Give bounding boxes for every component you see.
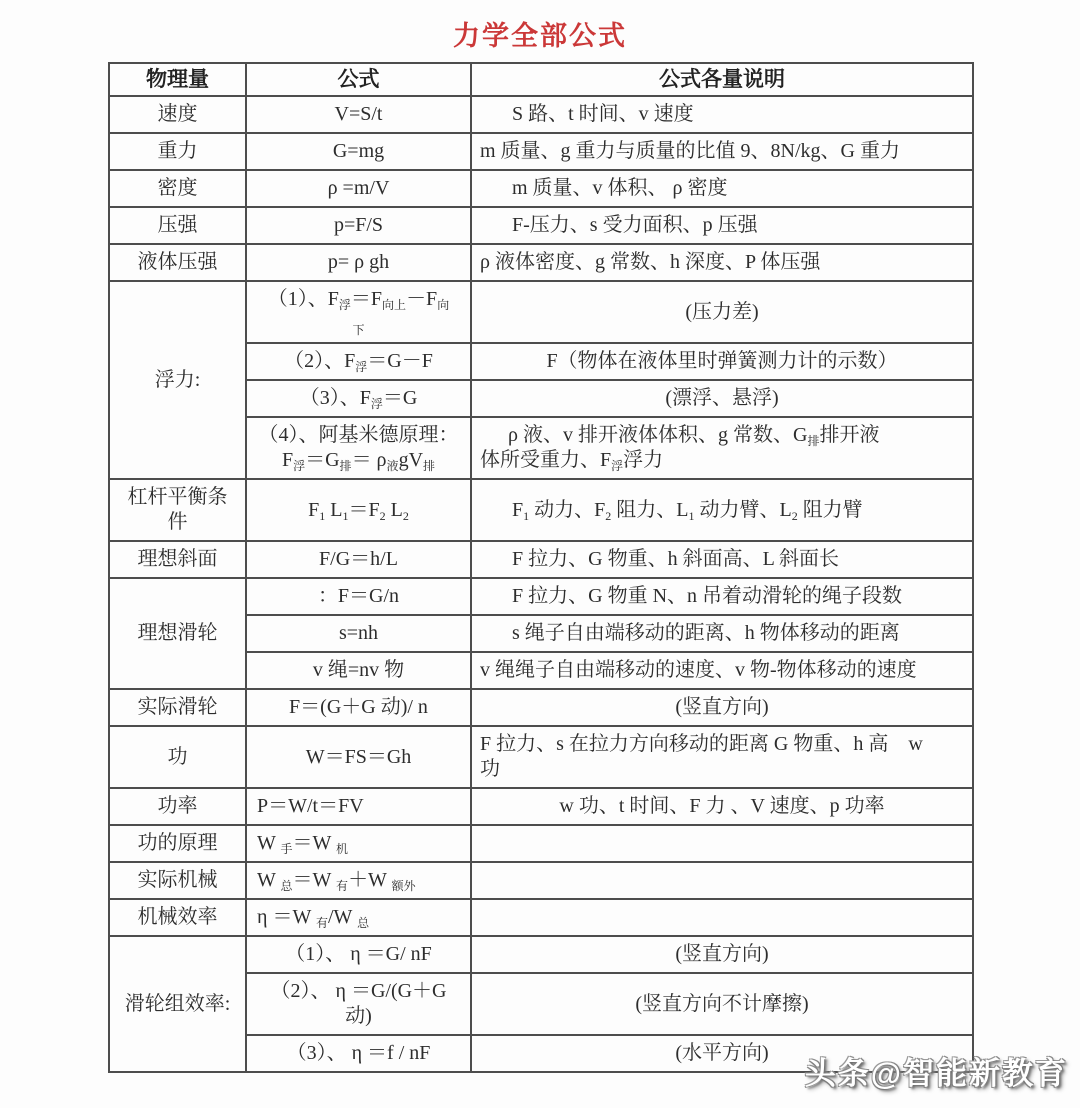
table-row: 理想滑轮：F＝G/nF 拉力、G 物重 N、n 吊着动滑轮的绳子段数 xyxy=(109,578,973,615)
table-row: 实际机械W 总＝W 有＋W 额外 xyxy=(109,862,973,899)
cell-formula: G=mg xyxy=(246,133,471,170)
cell-description xyxy=(471,825,973,862)
formula-table: 物理量 公式 公式各量说明 速度V=S/tS 路、t 时间、v 速度重力G=mg… xyxy=(108,62,974,1073)
cell-formula: V=S/t xyxy=(246,96,471,133)
cell-formula: F/G＝h/L xyxy=(246,541,471,578)
cell-formula: ：F＝G/n xyxy=(246,578,471,615)
table-row: 速度V=S/tS 路、t 时间、v 速度 xyxy=(109,96,973,133)
header-formula: 公式 xyxy=(246,63,471,96)
cell-quantity: 功 xyxy=(109,726,246,788)
cell-description: s 绳子自由端移动的距离、h 物体移动的距离 xyxy=(471,615,973,652)
table-row: 功W＝FS＝GhF 拉力、s 在拉力方向移动的距离 G 物重、h 高 w功 xyxy=(109,726,973,788)
cell-quantity: 压强 xyxy=(109,207,246,244)
header-description: 公式各量说明 xyxy=(471,63,973,96)
table-row: 实际滑轮F＝(G＋G 动)/ n(竖直方向) xyxy=(109,689,973,726)
cell-description: (压力差) xyxy=(471,281,973,343)
cell-formula: （4）、阿基米德原理：F浮＝G排＝ ρ液gV排 xyxy=(246,417,471,479)
table-row: 机械效率η ＝W 有/W 总 xyxy=(109,899,973,936)
cell-formula: P＝W/t＝FV xyxy=(246,788,471,825)
table-header-row: 物理量 公式 公式各量说明 xyxy=(109,63,973,96)
cell-formula: v 绳=nv 物 xyxy=(246,652,471,689)
cell-formula: （1）、 η ＝G/ nF xyxy=(246,936,471,973)
cell-description: F 拉力、s 在拉力方向移动的距离 G 物重、h 高 w功 xyxy=(471,726,973,788)
cell-description: w 功、t 时间、F 力 、V 速度、p 功率 xyxy=(471,788,973,825)
table-row: 密度ρ =m/Vm 质量、v 体积、 ρ 密度 xyxy=(109,170,973,207)
table-row: 功率P＝W/t＝FVw 功、t 时间、F 力 、V 速度、p 功率 xyxy=(109,788,973,825)
cell-formula: （2）、F浮＝G－F xyxy=(246,343,471,380)
cell-quantity: 功的原理 xyxy=(109,825,246,862)
cell-description: F1 动力、F2 阻力、L1 动力臂、L2 阻力臂 xyxy=(471,479,973,541)
cell-formula: W 手＝W 机 xyxy=(246,825,471,862)
cell-quantity: 实际机械 xyxy=(109,862,246,899)
cell-quantity: 实际滑轮 xyxy=(109,689,246,726)
cell-quantity: 功率 xyxy=(109,788,246,825)
table-row: 液体压强p= ρ ghρ 液体密度、g 常数、h 深度、P 体压强 xyxy=(109,244,973,281)
cell-description xyxy=(471,862,973,899)
cell-formula: p=F/S xyxy=(246,207,471,244)
watermark: 头条@智能新教育 xyxy=(805,1048,1068,1093)
cell-description: ρ 液体密度、g 常数、h 深度、P 体压强 xyxy=(471,244,973,281)
cell-description: F（物体在液体里时弹簧测力计的示数） xyxy=(471,343,973,380)
cell-description: (漂浮、悬浮) xyxy=(471,380,973,417)
cell-quantity: 浮力: xyxy=(109,281,246,479)
cell-quantity: 重力 xyxy=(109,133,246,170)
cell-formula: η ＝W 有/W 总 xyxy=(246,899,471,936)
cell-formula: s=nh xyxy=(246,615,471,652)
cell-formula: p= ρ gh xyxy=(246,244,471,281)
cell-formula: （1）、F浮＝F向上－F向下 xyxy=(246,281,471,343)
cell-description: (竖直方向) xyxy=(471,936,973,973)
cell-formula: W 总＝W 有＋W 额外 xyxy=(246,862,471,899)
cell-quantity: 理想滑轮 xyxy=(109,578,246,689)
cell-description: F 拉力、G 物重 N、n 吊着动滑轮的绳子段数 xyxy=(471,578,973,615)
cell-description xyxy=(471,899,973,936)
cell-formula: （2）、 η ＝G/(G＋G动) xyxy=(246,973,471,1035)
cell-formula: （3）、F浮＝G xyxy=(246,380,471,417)
cell-description: v 绳绳子自由端移动的速度、v 物-物体移动的速度 xyxy=(471,652,973,689)
cell-quantity: 滑轮组效率: xyxy=(109,936,246,1072)
table-row: 浮力:（1）、F浮＝F向上－F向下(压力差) xyxy=(109,281,973,343)
page-title: 力学全部公式 xyxy=(0,14,1080,53)
cell-formula: F＝(G＋G 动)/ n xyxy=(246,689,471,726)
cell-quantity: 密度 xyxy=(109,170,246,207)
table-body: 速度V=S/tS 路、t 时间、v 速度重力G=mgm 质量、g 重力与质量的比… xyxy=(109,96,973,1072)
cell-formula: （3）、 η ＝f / nF xyxy=(246,1035,471,1072)
table-row: 压强p=F/SF-压力、s 受力面积、p 压强 xyxy=(109,207,973,244)
cell-description: (竖直方向不计摩擦) xyxy=(471,973,973,1035)
cell-quantity: 杠杆平衡条件 xyxy=(109,479,246,541)
cell-description: m 质量、g 重力与质量的比值 9、8N/kg、G 重力 xyxy=(471,133,973,170)
table-row: 滑轮组效率:（1）、 η ＝G/ nF(竖直方向) xyxy=(109,936,973,973)
cell-description: S 路、t 时间、v 速度 xyxy=(471,96,973,133)
table-row: 重力G=mgm 质量、g 重力与质量的比值 9、8N/kg、G 重力 xyxy=(109,133,973,170)
table-row: 理想斜面F/G＝h/LF 拉力、G 物重、h 斜面高、L 斜面长 xyxy=(109,541,973,578)
cell-quantity: 液体压强 xyxy=(109,244,246,281)
header-quantity: 物理量 xyxy=(109,63,246,96)
cell-description: F-压力、s 受力面积、p 压强 xyxy=(471,207,973,244)
table-row: 杠杆平衡条件F1 L1＝F2 L2F1 动力、F2 阻力、L1 动力臂、L2 阻… xyxy=(109,479,973,541)
cell-formula: ρ =m/V xyxy=(246,170,471,207)
cell-quantity: 理想斜面 xyxy=(109,541,246,578)
cell-formula: F1 L1＝F2 L2 xyxy=(246,479,471,541)
cell-description: ρ 液、v 排开液体体积、g 常数、G排排开液体所受重力、F浮浮力 xyxy=(471,417,973,479)
cell-formula: W＝FS＝Gh xyxy=(246,726,471,788)
cell-description: m 质量、v 体积、 ρ 密度 xyxy=(471,170,973,207)
cell-quantity: 速度 xyxy=(109,96,246,133)
table-row: 功的原理W 手＝W 机 xyxy=(109,825,973,862)
cell-quantity: 机械效率 xyxy=(109,899,246,936)
cell-description: (竖直方向) xyxy=(471,689,973,726)
cell-description: F 拉力、G 物重、h 斜面高、L 斜面长 xyxy=(471,541,973,578)
